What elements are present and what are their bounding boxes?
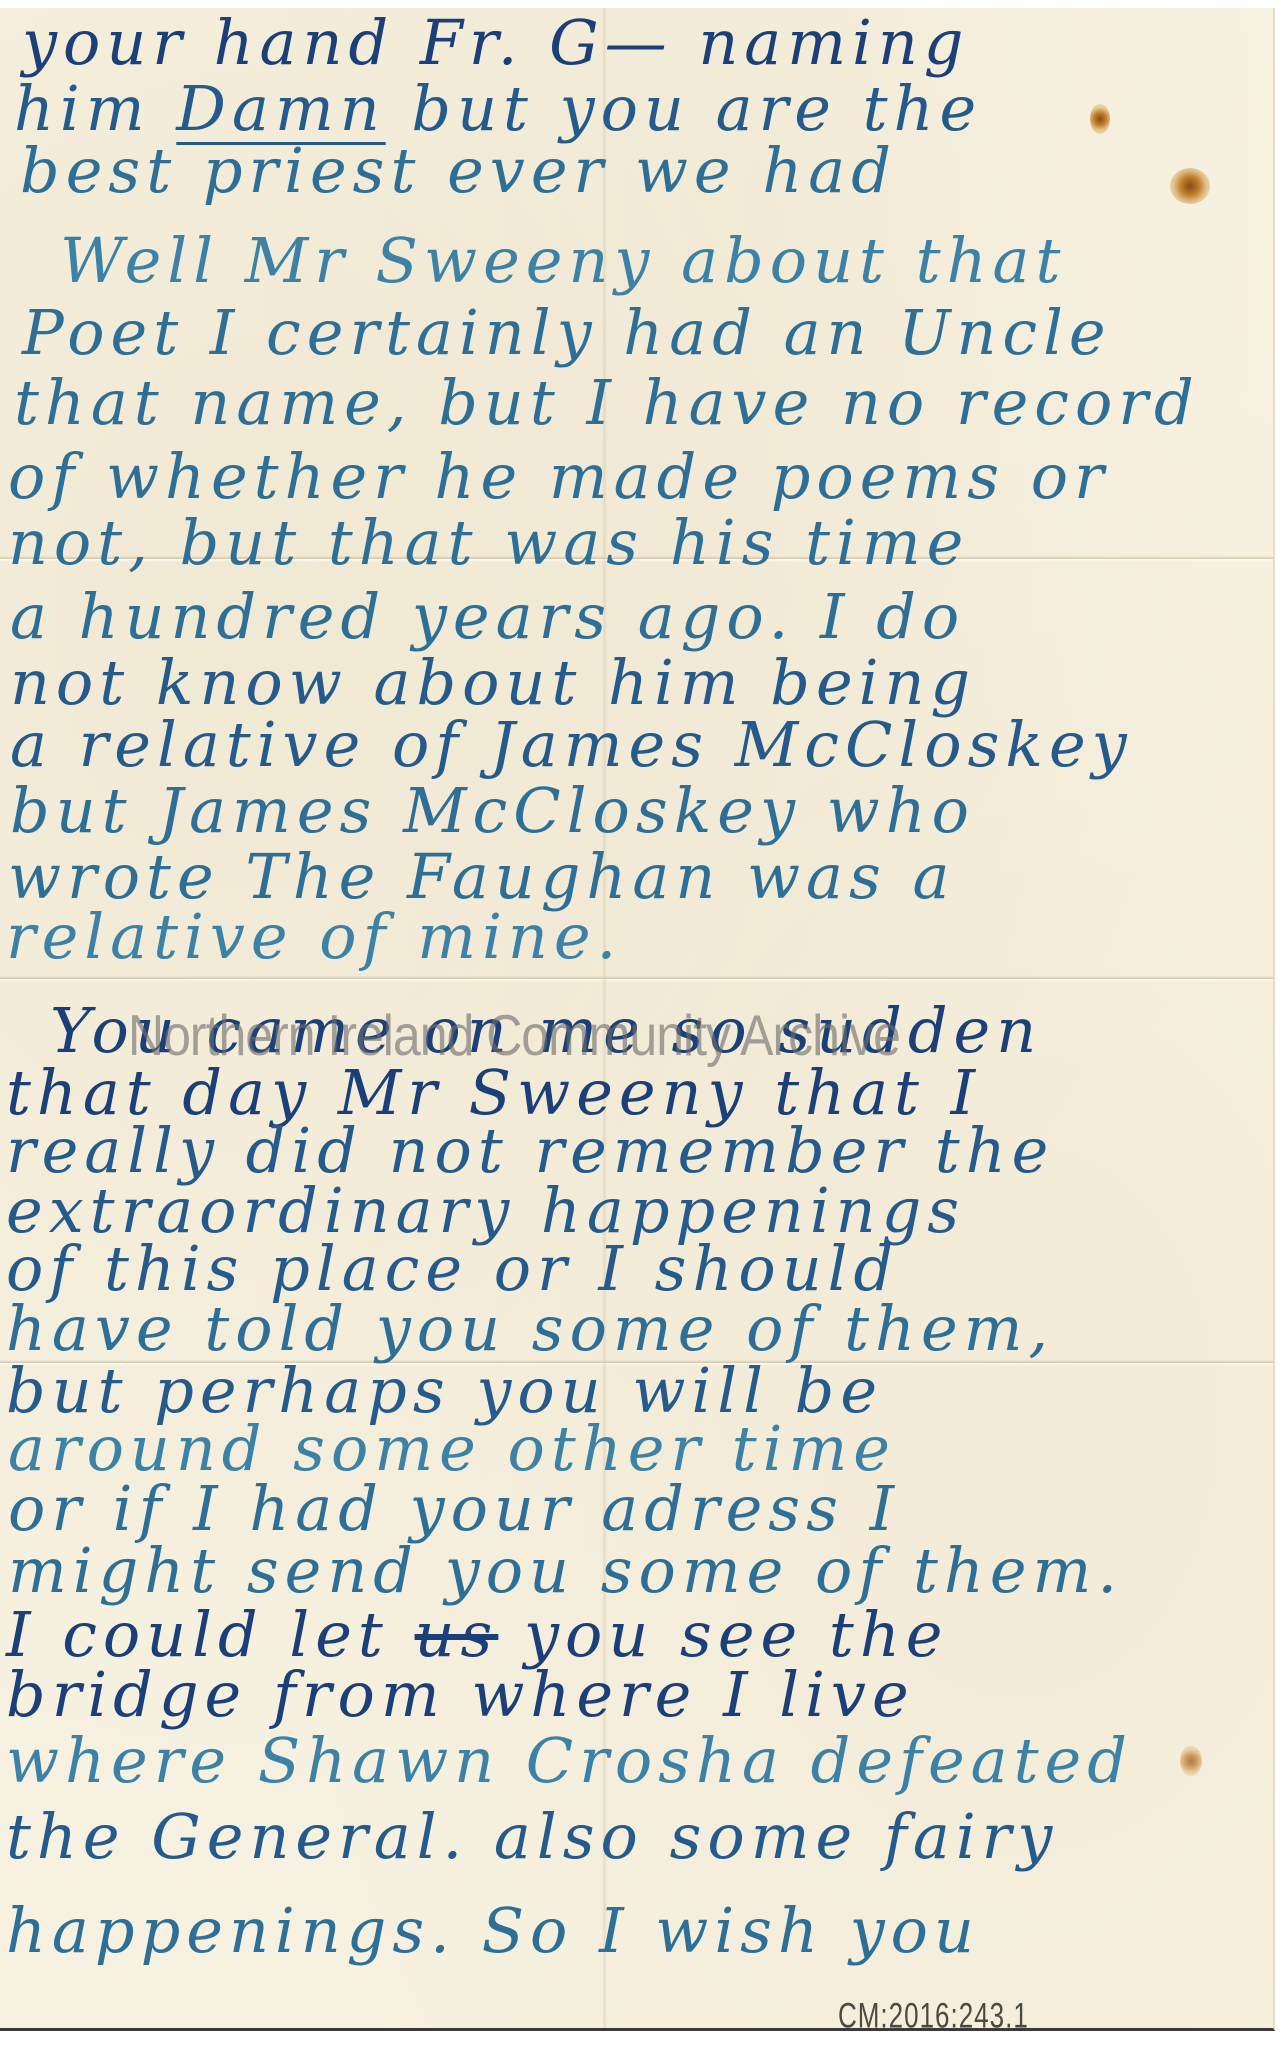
letter-line-25: I could let us you see the [6,1604,948,1666]
letter-line-22: around some other time [8,1418,896,1480]
letter-line-19: of this place or I should [6,1238,899,1300]
letter-line-12: but James McCloskey who [10,780,975,842]
letter-line-26: bridge from where I live [6,1664,915,1726]
letter-line-24: might send you some of them. [8,1540,1123,1602]
letter-line-6: that name, but I have no record [14,372,1200,434]
catalogue-number: CM:2016:243.1 [838,1995,1029,2037]
letter-line-13: wrote The Faughan was a [8,846,955,908]
letter-line-14: relative of mine. [6,906,622,968]
letter-line-7: of whether he made poems or [8,446,1110,508]
letter-line-4: Well Mr Sweeny about that [60,230,1066,292]
letter-line-3: best priest ever we had [20,140,897,202]
letter-line-8: not, but that was his time [8,512,969,574]
letter-line-27: where Shawn Crosha defeated [6,1730,1133,1792]
letter-line-2: him Damn but you are the [14,78,982,140]
letter-line-23: or if I had your adress I [8,1478,900,1540]
letter-line-11: a relative of James McCloskey [10,714,1133,776]
fold-crease-middle [0,976,1273,982]
rust-stain-bottom [1180,1746,1202,1776]
letter-line-20: have told you some of them, [6,1298,1054,1360]
letter-line-29: happenings. So I wish you [6,1900,980,1962]
letter-line-28: the General. also some fairy [6,1806,1058,1868]
archive-watermark: Northern Ireland Community Archive [128,1002,900,1069]
letter-line-17: really did not remember the [6,1120,1054,1182]
letter-line-1: your hand Fr. G— naming [22,12,969,74]
letter-line-9: a hundred years ago. I do [10,586,965,648]
letter-line-10: not know about him being [10,652,976,714]
rust-stain-small [1090,104,1110,134]
rust-stain [1170,168,1210,204]
letter-line-5: Poet I certainly had an Uncle [22,302,1112,364]
